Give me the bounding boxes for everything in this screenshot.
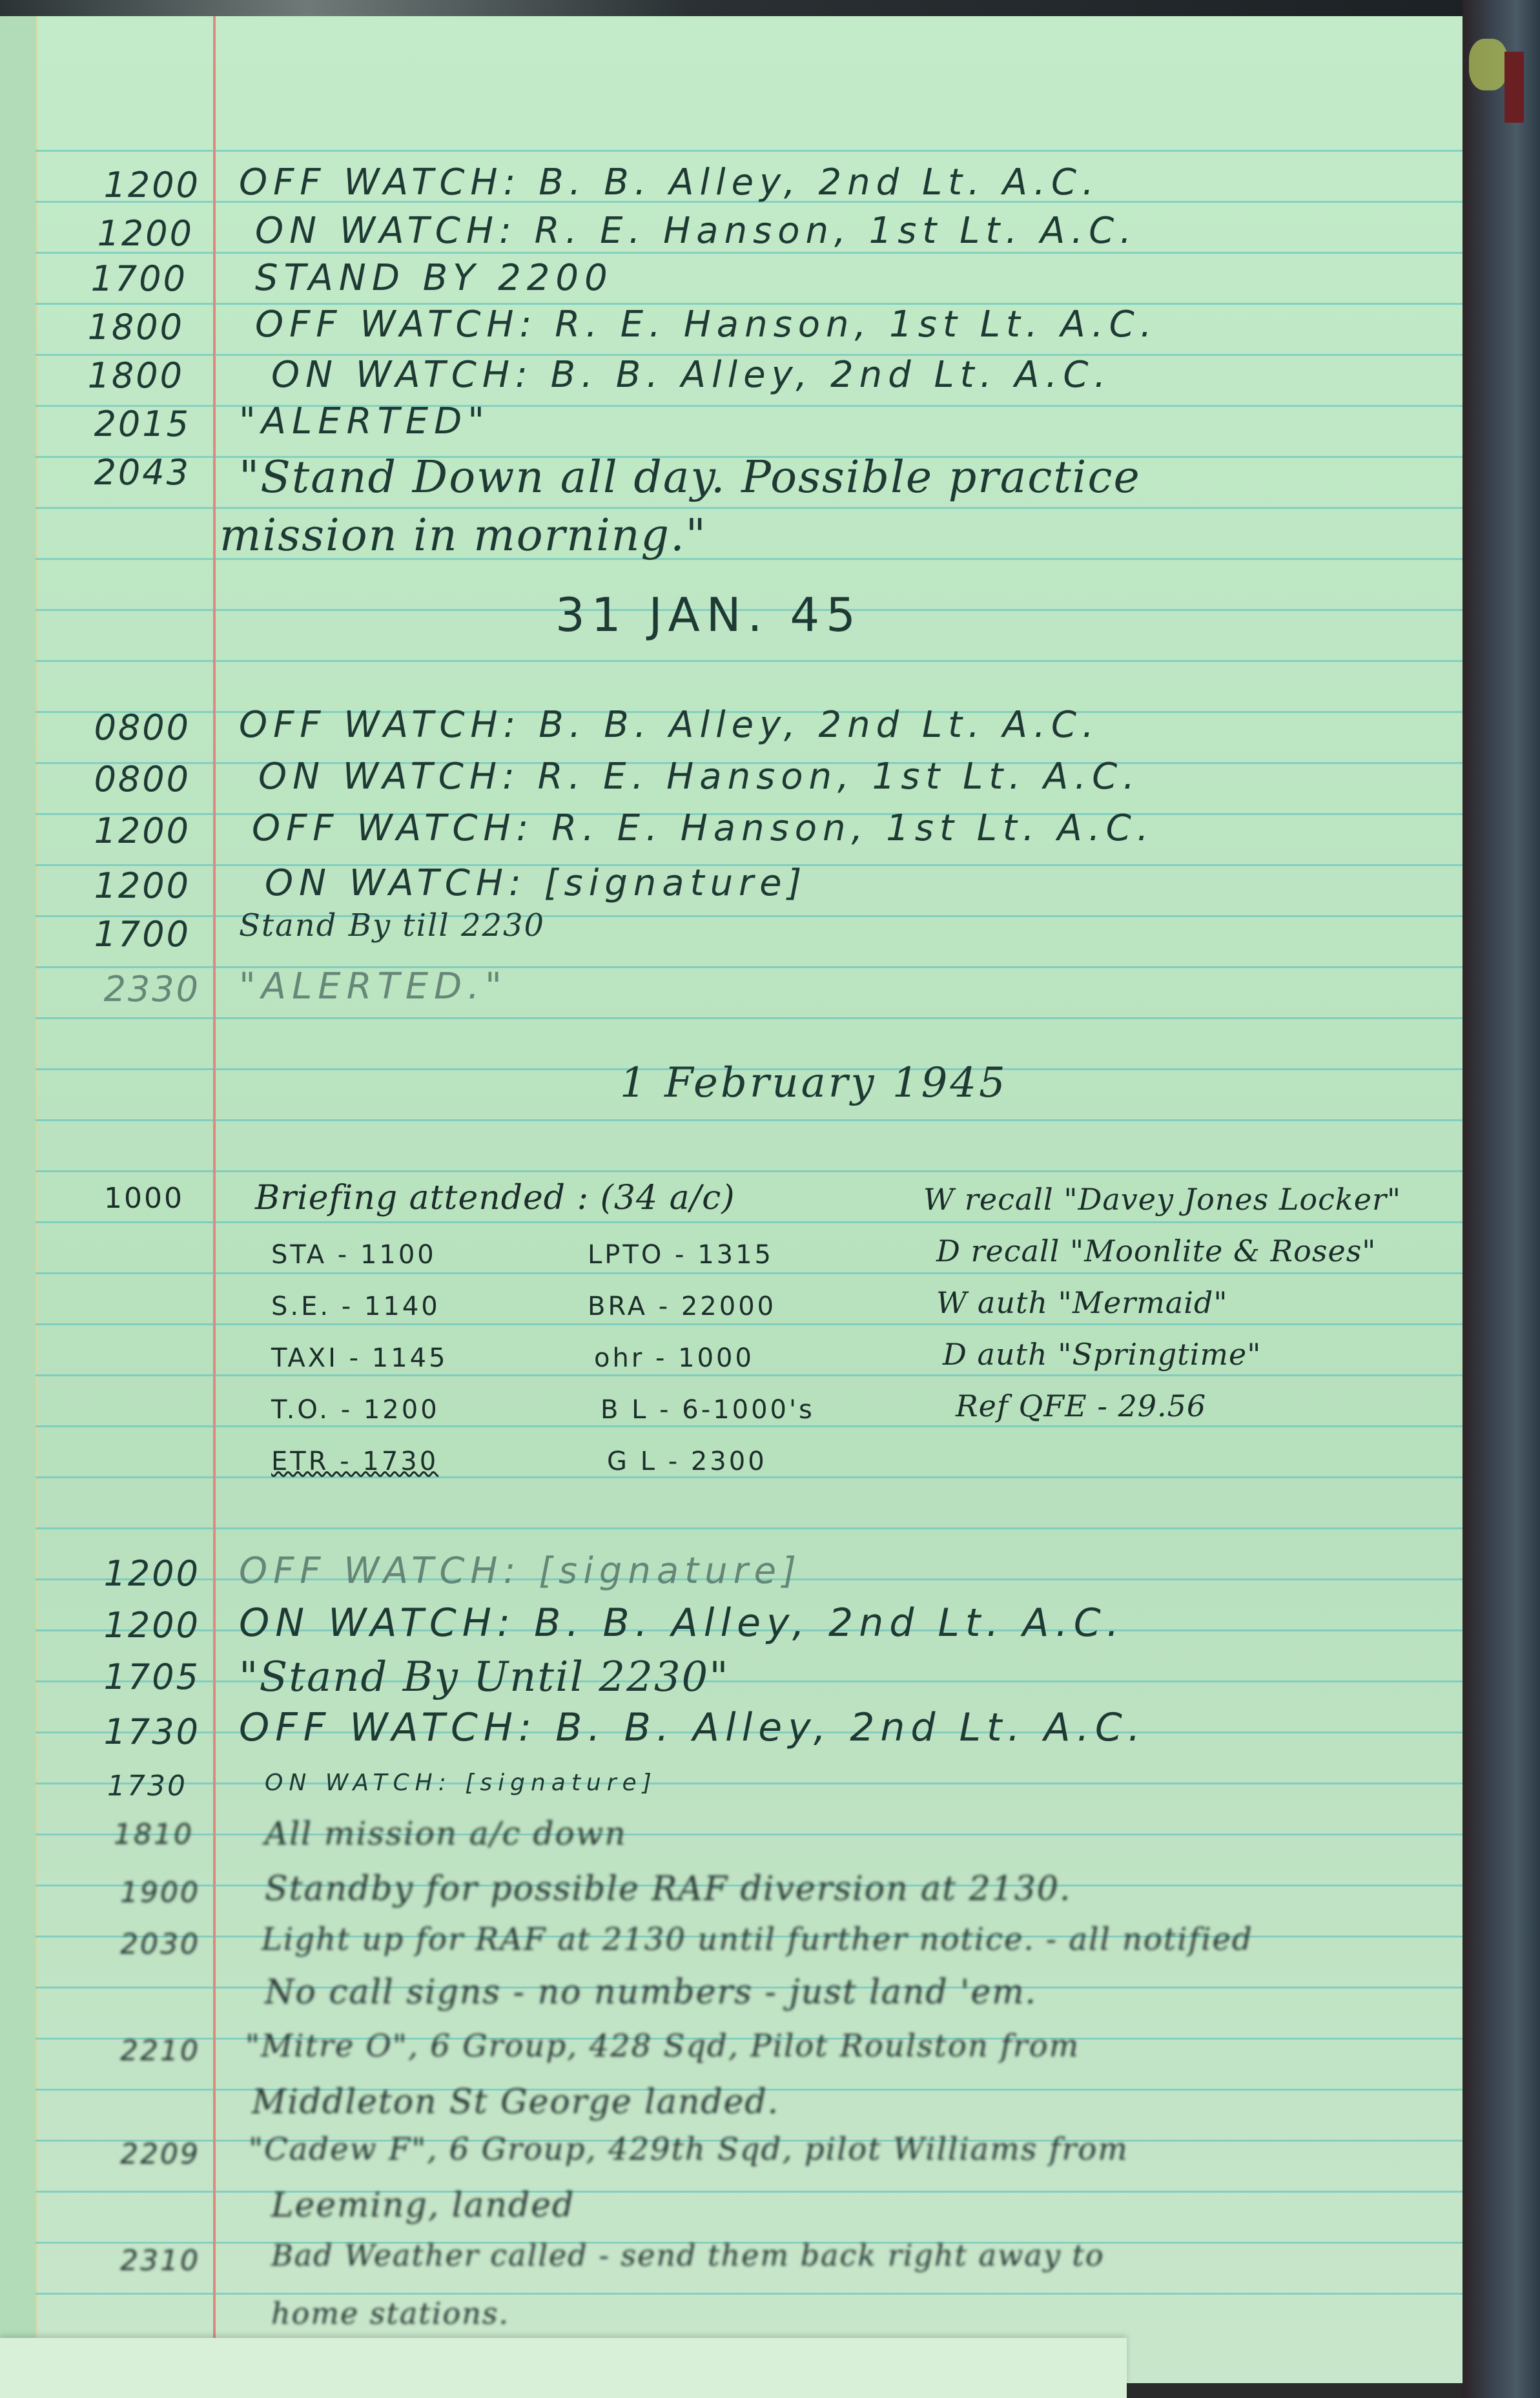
entry-time: 1730 (52, 1711, 200, 1752)
entry-text: OFF WATCH: [signature] (239, 1550, 802, 1592)
briefing-title: Briefing attended : (34 a/c) (255, 1179, 735, 1217)
entry-time: 2209 (52, 2138, 200, 2171)
entry-text: Light up for RAF at 2130 until further n… (262, 1921, 1253, 1958)
entry-text-continued: Leeming, landed (271, 2186, 575, 2225)
entry-text: OFF WATCH: R. E. Hanson, 1st Lt. A.C. (255, 304, 1158, 346)
entry-text: Standby for possible RAF diversion at 21… (265, 1870, 1071, 1908)
entry-text: Stand By till 2230 (239, 907, 545, 944)
entry-text: OFF WATCH: B. B. Alley, 2nd Lt. A.C. (239, 1705, 1146, 1750)
briefing-code: W auth "Mermaid" (936, 1285, 1228, 1320)
entry-time: 1900 (52, 1876, 200, 1909)
entry-time: 1200 (45, 213, 194, 254)
entry-text: "Mitre O", 6 Group, 428 Sqd, Pilot Rouls… (245, 2028, 1080, 2064)
rule-line (36, 660, 1463, 662)
entry-time: 1700 (42, 914, 190, 955)
entry-time: 0800 (42, 759, 190, 800)
entry-time: 1200 (52, 1553, 200, 1594)
foreground-card (0, 2338, 1127, 2398)
entry-text: OFF WATCH: B. B. Alley, 2nd Lt. A.C. (239, 704, 1100, 746)
briefing-code: W recall "Davey Jones Locker" (923, 1182, 1401, 1217)
rule-line (36, 252, 1463, 254)
entry-time: 0800 (42, 707, 190, 748)
entry-text: ON WATCH: [signature] (265, 862, 807, 904)
rule-line (36, 2293, 1463, 2295)
entry-text-continued: Middleton St George landed. (252, 2083, 779, 2122)
briefing-item: BRA - 22000 (588, 1292, 776, 1321)
entry-time: 1810 (45, 1818, 194, 1851)
entry-text: "Stand Down all day. Possible practice (239, 452, 1141, 503)
rule-line (36, 507, 1463, 509)
entry-time: 2310 (52, 2244, 200, 2277)
margin-line (213, 16, 216, 2341)
briefing-item: ETR - 1730 (271, 1447, 438, 1476)
briefing-item: S.E. - 1140 (271, 1292, 440, 1321)
entry-time: 1700 (39, 258, 187, 299)
briefing-code: D auth "Springtime" (943, 1337, 1261, 1372)
rule-line (36, 1374, 1463, 1376)
entry-text: "Cadew F", 6 Group, 429th Sqd, pilot Wil… (249, 2131, 1129, 2167)
briefing-item: ohr - 1000 (594, 1343, 754, 1373)
briefing-item: T.O. - 1200 (271, 1395, 440, 1425)
entry-text: ON WATCH: R. E. Hanson, 1st Lt. A.C. (258, 756, 1140, 798)
entry-time: 1200 (52, 165, 200, 205)
entry-text: ON WATCH: B. B. Alley, 2nd Lt. A.C. (271, 354, 1111, 396)
binding-wear (1469, 39, 1508, 90)
entry-time: 1705 (52, 1657, 200, 1697)
entry-time: 2210 (52, 2034, 200, 2067)
rule-line (36, 2191, 1463, 2193)
card-shadow (1127, 2383, 1463, 2398)
entry-text: OFF WATCH: B. B. Alley, 2nd Lt. A.C. (239, 161, 1100, 203)
rule-line (36, 1476, 1463, 1478)
entry-time: 2015 (42, 404, 190, 444)
briefing-item: LPTO - 1315 (588, 1240, 774, 1270)
page-edge (0, 16, 37, 2398)
entry-text: ON WATCH: B. B. Alley, 2nd Lt. A.C. (239, 1600, 1125, 1646)
rule-line (36, 1272, 1463, 1274)
entry-text: "ALERTED" (239, 400, 490, 442)
entry-text: ON WATCH: R. E. Hanson, 1st Lt. A.C. (255, 210, 1137, 252)
entry-text: STAND BY 2200 (255, 257, 613, 299)
entry-text: "ALERTED." (239, 966, 508, 1008)
entry-text-continued: home stations. (271, 2296, 509, 2331)
entry-text: Bad Weather called - send them back righ… (271, 2238, 1105, 2273)
entry-text-continued: No call signs - no numbers - just land '… (265, 1973, 1037, 2012)
briefing-item: TAXI - 1145 (271, 1343, 448, 1373)
rule-line (36, 1017, 1463, 1019)
entry-time: 2330 (52, 969, 200, 1009)
rule-line (36, 150, 1463, 152)
entry-time: 1800 (36, 355, 184, 396)
briefing-time: 1000 (36, 1182, 184, 1215)
briefing-item: STA - 1100 (271, 1240, 436, 1270)
entry-time: 1800 (36, 307, 184, 347)
rule-line (36, 1834, 1463, 1835)
binding-cloth (1504, 52, 1524, 123)
entry-text: All mission a/c down (265, 1815, 627, 1852)
date-heading: 1 February 1945 (620, 1059, 1008, 1107)
briefing-code: D recall "Moonlite & Roses" (936, 1234, 1376, 1268)
entry-time: 1200 (42, 865, 190, 906)
rule-line (36, 1527, 1463, 1529)
rule-line (36, 1783, 1463, 1784)
entry-text-continued: mission in morning." (220, 510, 707, 561)
entry-text: ON WATCH: [signature] (265, 1770, 657, 1796)
entry-time: 1200 (42, 811, 190, 851)
rule-line (36, 1425, 1463, 1427)
briefing-code: Ref QFE - 29.56 (956, 1389, 1206, 1423)
rule-line (36, 1221, 1463, 1223)
entry-time: 1730 (39, 1770, 187, 1803)
entry-text: "Stand By Until 2230" (239, 1653, 730, 1701)
rule-line (36, 1323, 1463, 1325)
date-heading: 31 JAN. 45 (555, 588, 862, 642)
entry-text: OFF WATCH: R. E. Hanson, 1st Lt. A.C. (252, 807, 1155, 849)
rule-line (36, 1119, 1463, 1121)
book-binding (1463, 0, 1540, 2398)
entry-time: 2043 (42, 452, 190, 493)
entry-time: 1200 (52, 1605, 200, 1646)
briefing-item: G L - 2300 (607, 1447, 767, 1476)
entry-time: 2030 (52, 1928, 200, 1961)
briefing-item: B L - 6-1000's (601, 1395, 815, 1425)
rule-line (36, 1170, 1463, 1172)
